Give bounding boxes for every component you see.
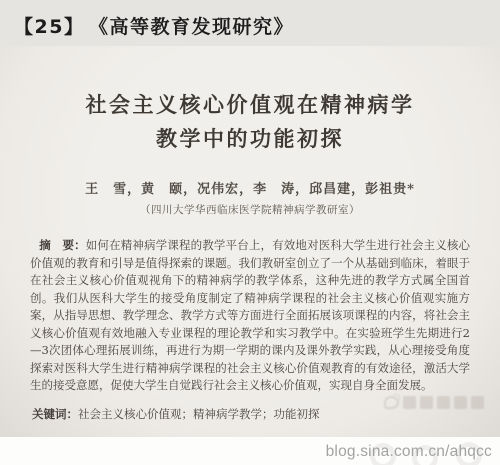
scanned-page-content: 社会主义核心价值观在精神病学 教学中的功能初探 王 雪，黄 颐，况伟宏，李 涛，… [0, 46, 500, 437]
abstract-label: 摘 要： [39, 238, 86, 252]
scanned-paper-photo: 社会主义核心价值观在精神病学 教学中的功能初探 王 雪，黄 颐，况伟宏，李 涛，… [0, 46, 500, 437]
affiliation: （四川大学华西临床医学院精神病学教研室） [0, 202, 500, 217]
author-list: 王 雪，黄 颐，况伟宏，李 涛，邱昌建，彭祖贵* [0, 178, 500, 197]
journal-title: 《高等教育发现研究》 [98, 16, 294, 38]
paper-title: 社会主义核心价值观在精神病学 教学中的功能初探 [0, 88, 500, 156]
weibo-watermark [384, 394, 484, 410]
blog-entry-header: 【25】《高等教育发现研究》 [14, 12, 490, 39]
screenshot-root: 【25】《高等教育发现研究》 社会主义核心价值观在精神病学 教学中的功能初探 王… [0, 0, 500, 465]
watermark-blurred-text [403, 396, 416, 409]
blog-url-watermark: blog.sina.com.cn/ahqcc [326, 443, 492, 461]
paper-title-line2: 教学中的功能初探 [156, 127, 344, 151]
entry-index-label: 【25】 [14, 16, 84, 38]
paper-title-line1: 社会主义核心价值观在精神病学 [86, 93, 415, 117]
keywords-label: 关键词： [32, 407, 78, 421]
weibo-icon [384, 396, 399, 409]
abstract-text: 如何在精神病学课程的教学平台上，有效地对医科大学生进行社会主义核心价值观的教育和… [30, 238, 470, 392]
footer-strip: blog.sina.com.cn/ahqcc [0, 437, 500, 465]
abstract-paragraph: 摘 要：如何在精神病学课程的教学平台上，有效地对医科大学生进行社会主义核心价值观… [30, 237, 470, 395]
keywords-text: 社会主义核心价值观；精神病学教学；功能初探 [78, 407, 320, 421]
